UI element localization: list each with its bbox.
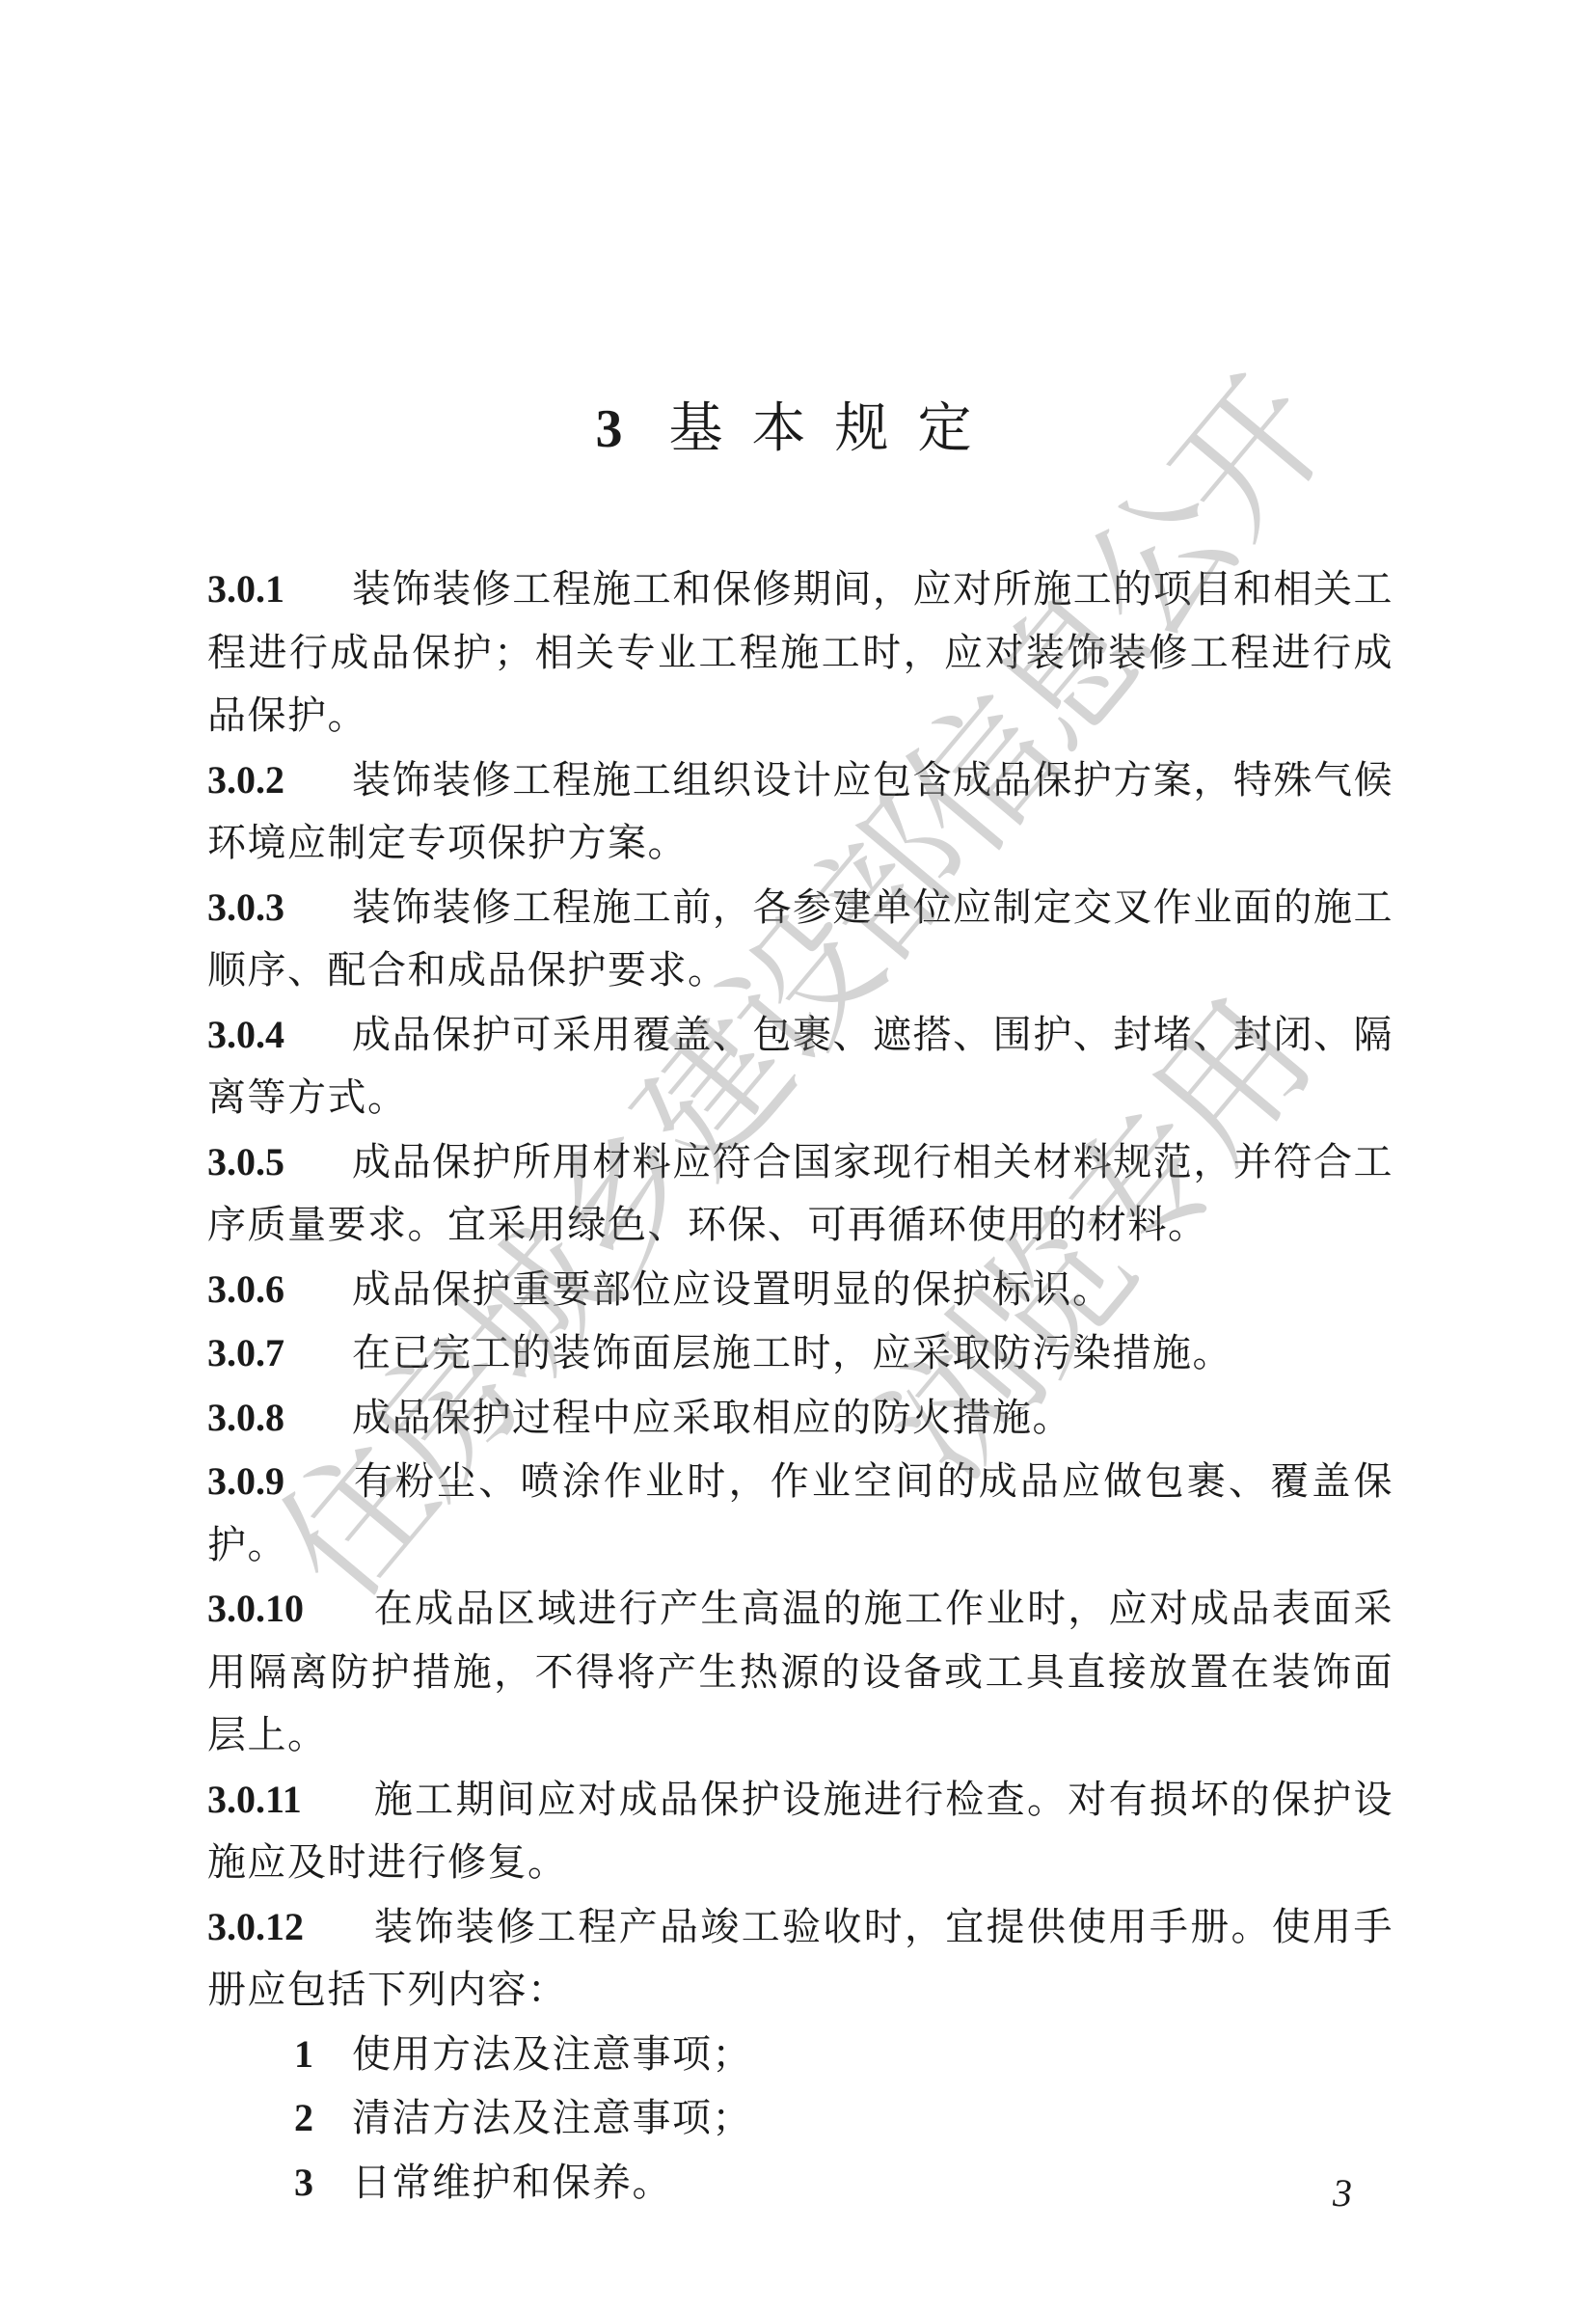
- clause-number: 3.0.6: [207, 1258, 352, 1321]
- clause-3-0-1: 3.0.1装饰装修工程施工和保修期间，应对所施工的项目和相关工程进行成品保护；相…: [207, 557, 1393, 748]
- sub-item-number: 1: [294, 2023, 352, 2086]
- chapter-title: 基本规定: [669, 397, 1001, 460]
- clause-text: 装饰装修工程施工前，各参建单位应制定交叉作业面的施工顺序、配合和成品保护要求。: [207, 885, 1393, 993]
- clause-text: 成品保护可采用覆盖、包裹、遮搭、围护、封堵、封闭、隔离等方式。: [207, 1013, 1393, 1121]
- sub-item-2: 2清洁方法及注意事项；: [207, 2086, 1393, 2151]
- sub-item-text: 使用方法及注意事项；: [352, 2032, 752, 2077]
- clause-text: 装饰装修工程施工和保修期间，应对所施工的项目和相关工程进行成品保护；相关专业工程…: [207, 567, 1393, 738]
- clause-text: 装饰装修工程产品竣工验收时，宜提供使用手册。使用手册应包括下列内容：: [207, 1905, 1393, 2013]
- clause-text: 成品保护所用材料应符合国家现行相关材料规范，并符合工序质量要求。宜采用绿色、环保…: [207, 1140, 1393, 1248]
- clause-3-0-9: 3.0.9有粉尘、喷涂作业时，作业空间的成品应做包裹、覆盖保护。: [207, 1450, 1393, 1577]
- clause-3-0-5: 3.0.5成品保护所用材料应符合国家现行相关材料规范，并符合工序质量要求。宜采用…: [207, 1130, 1393, 1258]
- clause-number: 3.0.2: [207, 748, 352, 812]
- clause-number: 3.0.11: [207, 1768, 373, 1832]
- clause-3-0-3: 3.0.3装饰装修工程施工前，各参建单位应制定交叉作业面的施工顺序、配合和成品保…: [207, 876, 1393, 1003]
- clause-list: 3.0.1装饰装修工程施工和保修期间，应对所施工的项目和相关工程进行成品保护；相…: [207, 557, 1393, 2215]
- chapter-heading: 3基本规定: [0, 395, 1596, 463]
- sub-item-number: 2: [294, 2086, 352, 2150]
- clause-number: 3.0.10: [207, 1577, 373, 1641]
- clause-number: 3.0.12: [207, 1895, 373, 1959]
- clause-text: 在已完工的装饰面层施工时，应采取防污染措施。: [352, 1331, 1232, 1375]
- clause-number: 3.0.5: [207, 1130, 352, 1194]
- clause-3-0-7: 3.0.7在已完工的装饰面层施工时，应采取防污染措施。: [207, 1321, 1393, 1386]
- clause-number: 3.0.4: [207, 1003, 352, 1067]
- clause-3-0-12: 3.0.12装饰装修工程产品竣工验收时，宜提供使用手册。使用手册应包括下列内容：: [207, 1895, 1393, 2023]
- chapter-number: 3: [596, 399, 623, 459]
- clause-3-0-6: 3.0.6成品保护重要部位应设置明显的保护标识。: [207, 1258, 1393, 1322]
- document-page: 3基本规定 3.0.1装饰装修工程施工和保修期间，应对所施工的项目和相关工程进行…: [0, 0, 1596, 2311]
- clause-text: 成品保护重要部位应设置明显的保护标识。: [352, 1267, 1113, 1312]
- clause-number: 3.0.3: [207, 876, 352, 939]
- clause-number: 3.0.7: [207, 1321, 352, 1385]
- clause-text: 在成品区域进行产生高温的施工作业时，应对成品表面采用隔离防护措施，不得将产生热源…: [207, 1587, 1393, 1757]
- clause-text: 有粉尘、喷涂作业时，作业空间的成品应做包裹、覆盖保护。: [207, 1459, 1393, 1567]
- sub-item-text: 日常维护和保养。: [352, 2161, 672, 2205]
- clause-text: 施工期间应对成品保护设施进行检查。对有损坏的保护设施应及时进行修复。: [207, 1778, 1393, 1886]
- clause-3-0-4: 3.0.4成品保护可采用覆盖、包裹、遮搭、围护、封堵、封闭、隔离等方式。: [207, 1003, 1393, 1130]
- clause-3-0-11: 3.0.11施工期间应对成品保护设施进行检查。对有损坏的保护设施应及时进行修复。: [207, 1768, 1393, 1895]
- clause-3-0-8: 3.0.8成品保护过程中应采取相应的防火措施。: [207, 1386, 1393, 1451]
- clause-number: 3.0.9: [207, 1450, 352, 1513]
- clause-3-0-2: 3.0.2装饰装修工程施工组织设计应包含成品保护方案，特殊气候环境应制定专项保护…: [207, 748, 1393, 876]
- clause-number: 3.0.8: [207, 1386, 352, 1450]
- sub-item-number: 3: [294, 2151, 352, 2215]
- sub-item-text: 清洁方法及注意事项；: [352, 2096, 752, 2140]
- sub-item-1: 1使用方法及注意事项；: [207, 2023, 1393, 2087]
- page-number: 3: [1333, 2170, 1352, 2216]
- clause-text: 成品保护过程中应采取相应的防火措施。: [352, 1396, 1072, 1440]
- clause-text: 装饰装修工程施工组织设计应包含成品保护方案，特殊气候环境应制定专项保护方案。: [207, 758, 1393, 866]
- clause-number: 3.0.1: [207, 557, 352, 621]
- sub-item-3: 3日常维护和保养。: [207, 2151, 1393, 2216]
- clause-3-0-10: 3.0.10在成品区域进行产生高温的施工作业时，应对成品表面采用隔离防护措施，不…: [207, 1577, 1393, 1768]
